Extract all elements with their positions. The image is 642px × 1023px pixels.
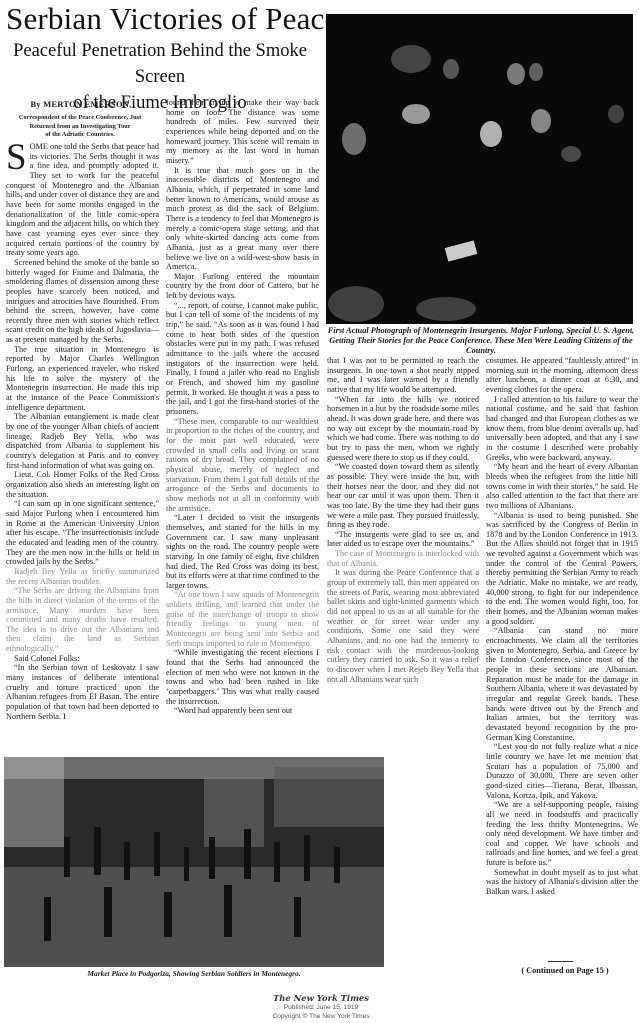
paragraph: The case of Montenegro is interlocked wi…	[327, 549, 479, 568]
footer: The New York Times Published: June 15, 1…	[221, 993, 421, 1021]
paragraph: Major Furlong entered the mountain count…	[166, 272, 319, 301]
published-date: Published: June 15, 1919	[221, 1003, 421, 1012]
paragraph: found them trying to make their way back…	[166, 98, 319, 166]
paragraph: costumes. He appeared “faultlessly attir…	[486, 356, 638, 395]
column-4: costumes. He appeared “faultlessly attir…	[486, 356, 638, 897]
photo-montenegrin-insurgents	[326, 14, 633, 324]
paragraph: Screened behind the smoke of the battle …	[6, 258, 159, 345]
paragraph: It was during the Peace Conference that …	[327, 568, 479, 684]
paragraph: “..., report, of course, I cannot make p…	[166, 301, 319, 417]
paragraph: SOME one told the Serbs that peace had i…	[6, 142, 159, 258]
paragraph: “Albania can stand no more encroachments…	[486, 626, 638, 742]
photo-image	[326, 14, 633, 324]
paragraph: “I can sum up in one significant sentenc…	[6, 499, 159, 567]
paragraph: “While investigating the recent election…	[166, 648, 319, 706]
paragraph: “We coasted down toward them as silently…	[327, 462, 479, 530]
paragraph: “In the Serbian town of Leskovatz I saw …	[6, 663, 159, 721]
paragraph: “Lest you do not fully realize what a ni…	[486, 742, 638, 800]
paragraph: “Later I decided to visit the insurgents…	[166, 513, 319, 590]
continued-on-page-link[interactable]: ( Continued on Page 15 )	[490, 966, 640, 975]
paragraph: Said Colonel Folks:	[6, 654, 159, 664]
credit-line: of the Adriatic Countries.	[4, 131, 156, 140]
paragraph: that I was not to be permitted to reach …	[327, 356, 479, 395]
paragraph: “At one town I saw squads of Montenegrin…	[166, 590, 319, 648]
divider	[548, 961, 573, 962]
paragraph: It is true that much goes on in the inac…	[166, 166, 319, 272]
paragraph: The true situation in Montenegro is repo…	[6, 345, 159, 413]
paragraph: The Albanian entanglement is made clear …	[6, 412, 159, 470]
column-1: SOME one told the Serbs that peace had i…	[6, 142, 159, 721]
paragraph: I called attention to his failure to wea…	[486, 395, 638, 463]
headline: Serbian Victories of Peace	[6, 2, 316, 36]
paragraph: “Albania is used to being punished. She …	[486, 511, 638, 627]
paragraph: Lieut. Col. Homer Folks of the Red Cross…	[6, 470, 159, 499]
paragraph: “My heart and the heart of every Albania…	[486, 462, 638, 510]
paragraph: “Word had apparently been sent out	[166, 706, 319, 716]
column-2: found them trying to make their way back…	[166, 98, 319, 716]
masthead-logo: The New York Times	[221, 993, 421, 1003]
paragraph: Radjeb Bey Yella as briefly summarized t…	[6, 567, 159, 586]
author-credit: Correspondent of the Peace Conference, J…	[4, 114, 156, 140]
paragraph: “When far into the hills we noticed hors…	[327, 395, 479, 463]
column-3: that I was not to be permitted to reach …	[327, 356, 479, 684]
photo-market-place-podgoriza	[4, 757, 384, 967]
paragraph: “These men, comparable to our wealthiest…	[166, 417, 319, 514]
paragraph: Somewhat in doubt myself as to just what…	[486, 868, 638, 897]
photo-caption-top: First Actual Photograph of Montenegrin I…	[326, 326, 636, 356]
credit-line: Returned from an Investigating Tour	[4, 123, 156, 132]
subheadline-line1: Peaceful Penetration Behind the Smoke Sc…	[0, 38, 320, 90]
credit-line: Correspondent of the Peace Conference, J…	[4, 114, 156, 123]
photo-caption-bottom: Market Place in Podgoriza, Showing Serbi…	[4, 969, 384, 978]
paragraph: “The insurgents were glad to see us, and…	[327, 530, 479, 549]
photo-image	[4, 757, 384, 967]
copyright: Copyright © The New York Times	[221, 1012, 421, 1021]
dropcap: S	[6, 143, 27, 173]
byline: By MERTON EMERSON,	[6, 100, 156, 109]
paragraph: “We are a self-supporting people, raisin…	[486, 800, 638, 868]
paragraph: “The Serbs are driving the Albanians fro…	[6, 586, 159, 654]
